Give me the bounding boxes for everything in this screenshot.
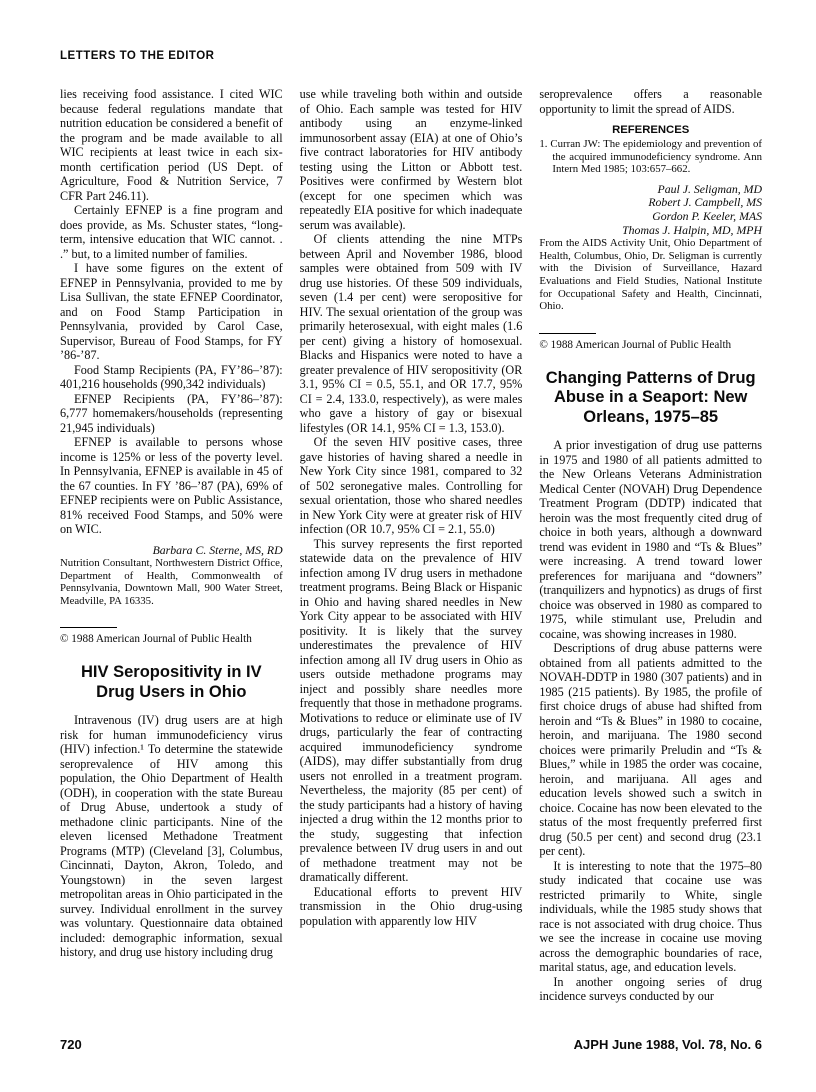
paragraph: Of the seven HIV positive cases, three g… [300, 435, 523, 537]
paragraph: A prior investigation of drug use patter… [539, 438, 762, 641]
journal-page: LETTERS TO THE EDITOR lies receiving foo… [0, 0, 816, 1092]
paragraph: In another ongoing series of drug incide… [539, 975, 762, 1004]
paragraph: Of clients attending the nine MTPs betwe… [300, 232, 523, 435]
paragraph: I have some figures on the extent of EFN… [60, 261, 283, 363]
paragraph: EFNEP Recipients (PA, FY’86–’87): 6,777 … [60, 392, 283, 436]
letter-title: HIV Seropositivity in IV Drug Users in O… [62, 663, 281, 702]
column-2: use while traveling both within and outs… [300, 87, 523, 928]
journal-citation: AJPH June 1988, Vol. 78, No. 6 [574, 1037, 762, 1052]
signature-line: Gordon P. Keeler, MAS [539, 210, 762, 224]
paragraph: seroprevalence offers a reasonable oppor… [539, 87, 762, 116]
signature-line: Robert J. Campbell, MS [539, 196, 762, 210]
signature-block: Barbara C. Sterne, MS, RD [60, 544, 283, 558]
page-number: 720 [60, 1037, 82, 1052]
copyright-line: © 1988 American Journal of Public Health [539, 339, 762, 352]
paragraph: Educational efforts to prevent HIV trans… [300, 885, 523, 929]
paragraph: use while traveling both within and outs… [300, 87, 523, 232]
references-heading: REFERENCES [539, 124, 762, 137]
column-3: seroprevalence offers a reasonable oppor… [539, 87, 762, 1004]
section-divider [60, 627, 117, 628]
section-divider [539, 333, 596, 334]
paragraph: Descriptions of drug abuse patterns were… [539, 641, 762, 859]
letter-title: Changing Patterns of Drug Abuse in a Sea… [541, 369, 760, 428]
reference-item: 1. Curran JW: The epidemiology and preve… [539, 138, 762, 176]
running-head: LETTERS TO THE EDITOR [60, 50, 762, 62]
paragraph: Intravenous (IV) drug users are at high … [60, 713, 283, 960]
paragraph: Certainly EFNEP is a fine program and do… [60, 203, 283, 261]
fine-print: From the AIDS Activity Unit, Ohio Depart… [539, 237, 762, 313]
page-footer: 720 AJPH June 1988, Vol. 78, No. 6 [60, 1037, 762, 1052]
signature-line: Paul J. Seligman, MD [539, 183, 762, 197]
signature-line: Thomas J. Halpin, MD, MPH [539, 224, 762, 238]
paragraph: This survey represents the first reporte… [300, 537, 523, 885]
copyright-line: © 1988 American Journal of Public Health [60, 633, 283, 646]
signature-line: Barbara C. Sterne, MS, RD [60, 544, 283, 558]
paragraph: Food Stamp Recipients (PA, FY’86–’87): 4… [60, 363, 283, 392]
fine-print: Nutrition Consultant, Northwestern Distr… [60, 557, 283, 607]
column-1: lies receiving food assistance. I cited … [60, 87, 283, 960]
paragraph: lies receiving food assistance. I cited … [60, 87, 283, 203]
text-columns: lies receiving food assistance. I cited … [60, 87, 762, 1004]
signature-block: Paul J. Seligman, MDRobert J. Campbell, … [539, 183, 762, 237]
paragraph: EFNEP is available to persons whose inco… [60, 435, 283, 537]
paragraph: It is interesting to note that the 1975–… [539, 859, 762, 975]
